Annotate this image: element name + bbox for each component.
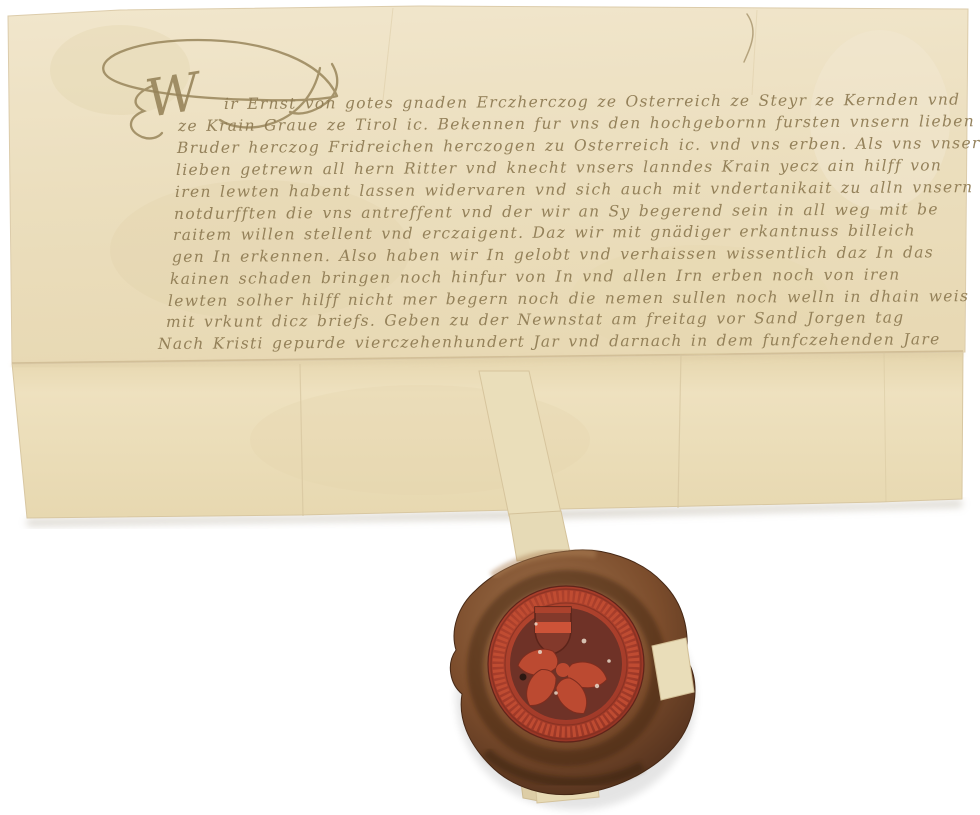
seal-matrix (488, 586, 644, 742)
seal-pit (520, 674, 527, 681)
seal-shield (535, 607, 571, 654)
charter-photo: W ir Ernst von gotes gnaden Erczherczog … (0, 0, 980, 815)
charter-graphic (0, 0, 980, 815)
